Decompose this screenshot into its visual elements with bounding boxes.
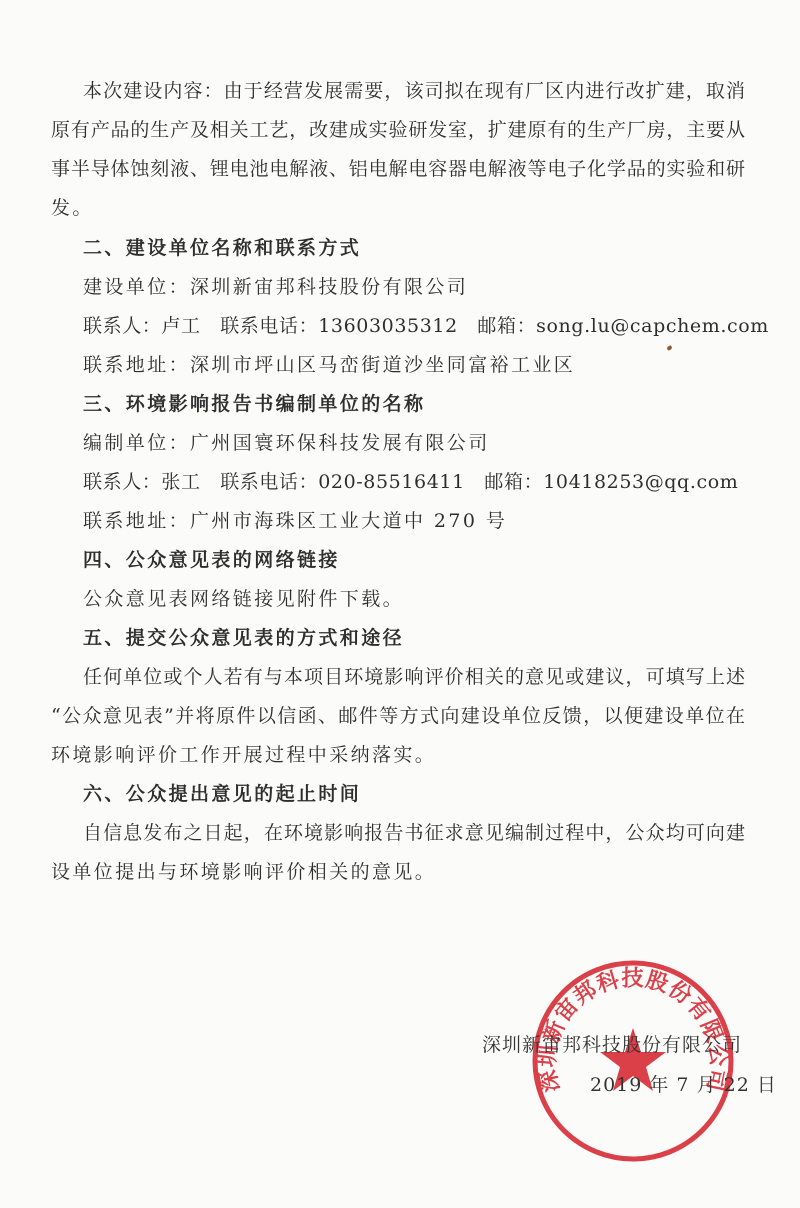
section-6-line-2: 设单位提出与环境影响评价相关的意见。 [51, 859, 436, 885]
section-4-body: 公众意见表网络链接见附件下载。 [83, 586, 404, 612]
intro-line-4: 发。 [51, 195, 94, 221]
section-3-heading: 三、环境影响报告书编制单位的名称 [83, 391, 425, 417]
section-6-line-1: 自信息发布之日起，在环境影响报告书征求意见编制过程中，公众均可向建 [83, 820, 745, 846]
section-2-contact: 联系人：卢工 联系电话：13603035312 邮箱：song.lu@capch… [83, 313, 769, 339]
section-3-unit: 编制单位：广州国寰环保科技发展有限公司 [83, 430, 490, 456]
section-4-heading: 四、公众意见表的网络链接 [83, 547, 340, 573]
section-5-line-1: 任何单位或个人若有与本项目环境影响评价相关的意见或建议，可填写上述 [83, 664, 745, 690]
section-2-unit: 建设单位：深圳新宙邦科技股份有限公司 [83, 274, 468, 300]
intro-line-1: 本次建设内容：由于经营发展需要，该司拟在现有厂区内进行改扩建，取消 [83, 78, 745, 104]
section-5-line-3: 环境影响评价工作开展过程中采纳落实。 [51, 742, 436, 768]
signature-company: 深圳新宙邦科技股份有限公司 [482, 1030, 742, 1057]
section-3-address: 联系地址：广州市海珠区工业大道中 270 号 [83, 508, 507, 534]
section-5-heading: 五、提交公众意见表的方式和途径 [83, 625, 404, 651]
intro-line-2: 原有产品的生产及相关工艺，改建成实验研发室，扩建原有的生产厂房，主要从 [51, 117, 745, 143]
signature-date: 2019 年 7 月 22 日 [590, 1070, 777, 1097]
scan-speck [666, 345, 672, 351]
section-2-address: 联系地址：深圳市坪山区马峦街道沙坐同富裕工业区 [83, 352, 575, 378]
section-3-contact: 联系人：张工 联系电话：020-85516411 邮箱：10418253@qq.… [83, 469, 738, 495]
intro-line-3: 事半导体蚀刻液、锂电池电解液、铝电解电容器电解液等电子化学品的实验和研 [51, 156, 745, 182]
section-6-heading: 六、公众提出意见的起止时间 [83, 781, 361, 807]
section-5-line-2: “公众意见表”并将原件以信函、邮件等方式向建设单位反馈，以便建设单位在 [51, 703, 745, 729]
section-2-heading: 二、建设单位名称和联系方式 [83, 235, 361, 261]
company-seal-stamp: 深圳新宙邦科技股份有限公司 [530, 958, 736, 1164]
